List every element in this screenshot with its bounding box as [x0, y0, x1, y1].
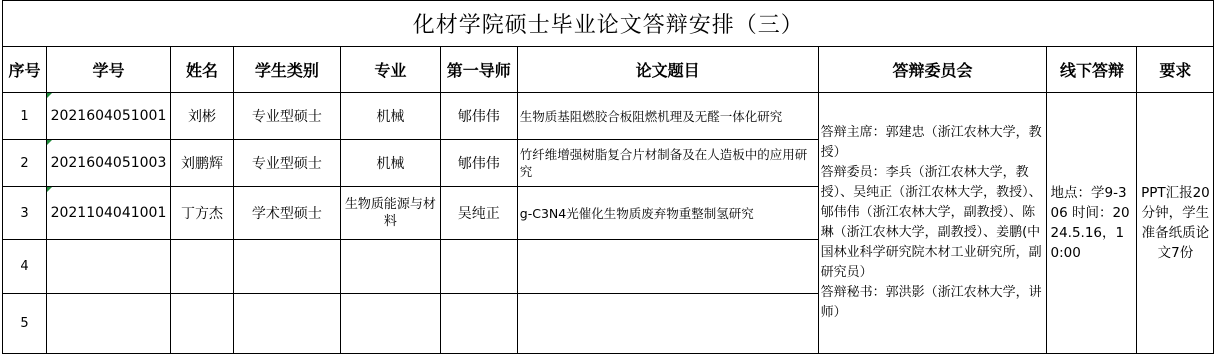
cell-index[interactable]: 5	[3, 294, 47, 354]
table-row: 1 2021604051001 刘彬 专业型硕士 机械 郇伟伟 生物质基阻燃胶合…	[3, 93, 1222, 140]
cell-advisor[interactable]	[440, 294, 517, 354]
cell-name[interactable]	[170, 240, 233, 294]
cell-advisor[interactable]: 郇伟伟	[440, 93, 517, 140]
cell-index[interactable]: 3	[3, 187, 47, 240]
header-committee[interactable]: 答辩委员会	[818, 47, 1047, 93]
cell-offline-defense[interactable]: 地点：学9-306 时间：2024.5.16，10:00	[1047, 93, 1137, 354]
overflow-cell[interactable]	[1214, 47, 1222, 93]
committee-members: 答辩委员：李兵（浙江农林大学，教授）、吴纯正（浙江农林大学，教授）、郇伟伟（浙江…	[821, 163, 1045, 283]
cell-major[interactable]: 机械	[340, 93, 440, 140]
defense-schedule-table: 化材学院硕士毕业论文答辩安排（三） 序号 学号 姓名 学生类别 专业 第一导师 …	[2, 0, 1222, 354]
header-index[interactable]: 序号	[3, 47, 47, 93]
header-offline-defense[interactable]: 线下答辩	[1047, 47, 1137, 93]
cell-committee[interactable]: 答辩主席：郭建忠（浙江农林大学，教授） 答辩委员：李兵（浙江农林大学，教授）、吴…	[818, 93, 1047, 354]
sheet-title[interactable]: 化材学院硕士毕业论文答辩安排（三）	[3, 1, 1214, 47]
cell-name[interactable]: 刘鹏辉	[170, 140, 233, 187]
cell-category[interactable]	[233, 294, 340, 354]
spreadsheet: 化材学院硕士毕业论文答辩安排（三） 序号 学号 姓名 学生类别 专业 第一导师 …	[0, 0, 1222, 361]
header-requirements[interactable]: 要求	[1137, 47, 1214, 93]
cell-advisor[interactable]	[440, 240, 517, 294]
cell-name[interactable]: 丁方杰	[170, 187, 233, 240]
cell-topic[interactable]	[517, 294, 818, 354]
cell-major[interactable]: 机械	[340, 140, 440, 187]
cell-index[interactable]: 4	[3, 240, 47, 294]
cell-major[interactable]	[340, 240, 440, 294]
cell-category[interactable]: 学术型硕士	[233, 187, 340, 240]
cell-major[interactable]	[340, 294, 440, 354]
cell-advisor[interactable]: 吴纯正	[440, 187, 517, 240]
committee-secretary: 答辩秘书：郭洪影（浙江农林大学，讲师）	[821, 283, 1045, 323]
cell-category[interactable]: 专业型硕士	[233, 140, 340, 187]
cell-student-id[interactable]	[46, 294, 170, 354]
cell-student-id[interactable]	[46, 240, 170, 294]
cell-index[interactable]: 2	[3, 140, 47, 187]
cell-topic[interactable]	[517, 240, 818, 294]
cell-topic[interactable]: 生物质基阻燃胶合板阻燃机理及无醛一体化研究	[517, 93, 818, 140]
cell-advisor[interactable]: 郇伟伟	[440, 140, 517, 187]
cell-student-id[interactable]: 2021104041001	[46, 187, 170, 240]
header-category[interactable]: 学生类别	[233, 47, 340, 93]
cell-category[interactable]: 专业型硕士	[233, 93, 340, 140]
cell-requirements[interactable]: PPT汇报20分钟，学生准备纸质论文7份	[1137, 93, 1214, 354]
overflow-cell[interactable]	[1214, 1, 1222, 47]
cell-student-id[interactable]: 2021604051001	[46, 93, 170, 140]
cell-student-id[interactable]: 2021604051003	[46, 140, 170, 187]
header-advisor[interactable]: 第一导师	[440, 47, 517, 93]
overflow-cell[interactable]	[1214, 93, 1222, 354]
cell-category[interactable]	[233, 240, 340, 294]
cell-topic[interactable]: g-C3N4光催化生物质废弃物重整制氢研究	[517, 187, 818, 240]
header-name[interactable]: 姓名	[170, 47, 233, 93]
committee-chair: 答辩主席：郭建忠（浙江农林大学，教授）	[821, 123, 1045, 163]
header-major[interactable]: 专业	[340, 47, 440, 93]
cell-major[interactable]: 生物质能源与材料	[340, 187, 440, 240]
header-topic[interactable]: 论文题目	[517, 47, 818, 93]
cell-name[interactable]	[170, 294, 233, 354]
cell-index[interactable]: 1	[3, 93, 47, 140]
cell-topic[interactable]: 竹纤维增强树脂复合片材制备及在人造板中的应用研究	[517, 140, 818, 187]
header-student-id[interactable]: 学号	[46, 47, 170, 93]
cell-name[interactable]: 刘彬	[170, 93, 233, 140]
